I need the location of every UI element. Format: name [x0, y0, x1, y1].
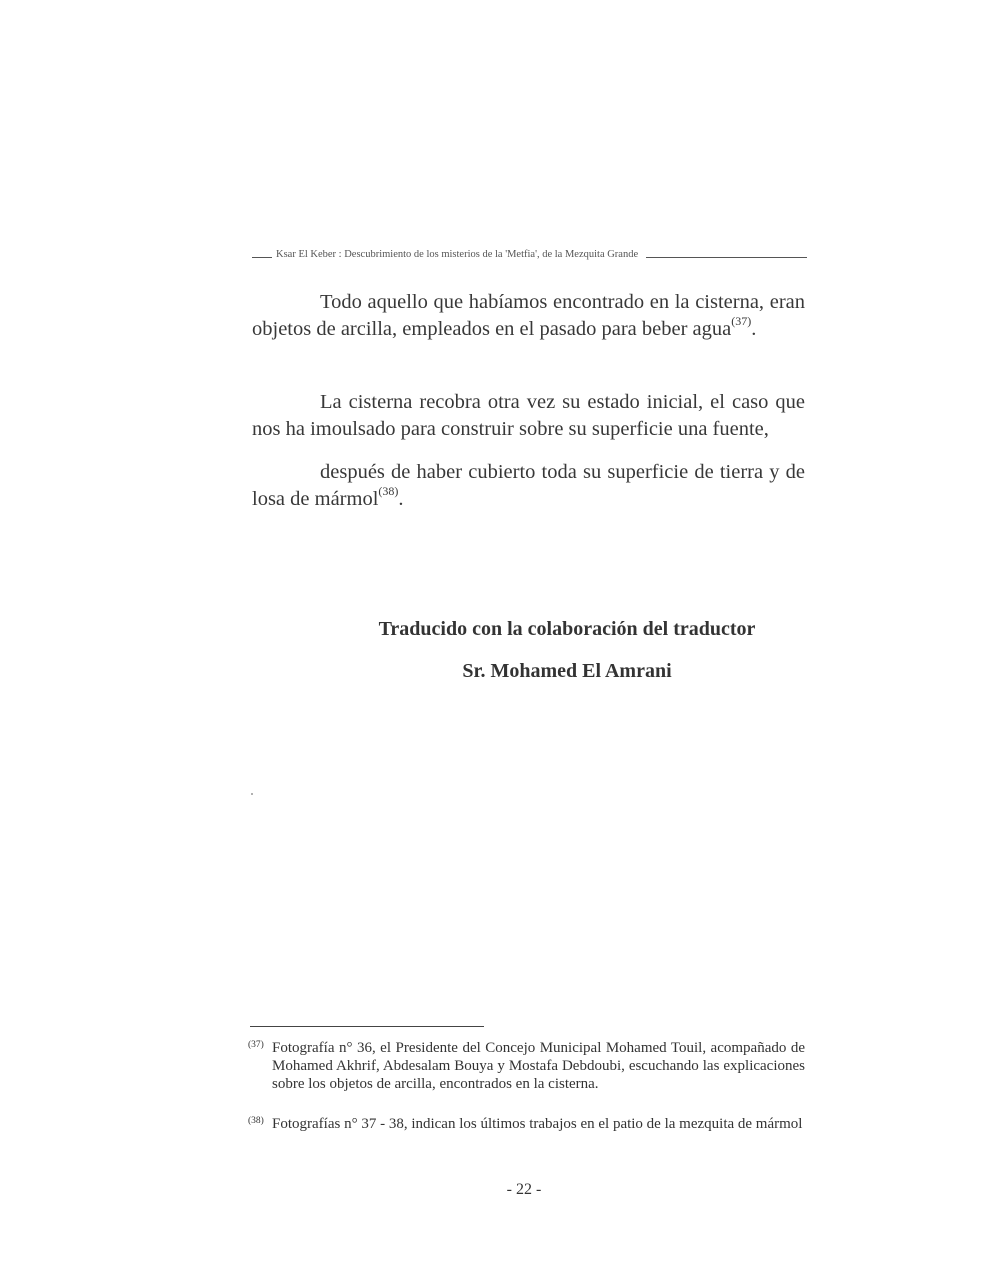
footnote-marker: (37) [248, 1036, 264, 1054]
paragraph-1: Todo aquello que habíamos encontrado en … [252, 289, 805, 343]
footnote-text: Fotografía n° 36, el Presidente del Conc… [272, 1039, 805, 1093]
footnote-text: Fotografías n° 37 - 38, indican los últi… [272, 1115, 805, 1133]
paragraph-tail: . [398, 488, 403, 510]
paragraph-tail: . [751, 318, 756, 340]
scan-speck [251, 793, 253, 795]
header-rule-left [252, 257, 272, 258]
credit-line-1: Traducido con la colaboración del traduc… [252, 618, 882, 641]
credit-translator-name: Sr. Mohamed El Amrani [252, 660, 882, 683]
footnote-ref-37[interactable]: (37) [731, 314, 751, 328]
running-header: Ksar El Keber : Descubrimiento de los mi… [252, 249, 807, 260]
footnote-37: (37) Fotografía n° 36, el Presidente del… [248, 1039, 805, 1093]
paragraph-text: La cisterna recobra otra vez su estado i… [252, 391, 805, 440]
running-title: Ksar El Keber : Descubrimiento de los mi… [276, 249, 638, 260]
paragraph-2: La cisterna recobra otra vez su estado i… [252, 389, 805, 443]
header-rule-right [646, 257, 807, 258]
paragraph-3: después de haber cubierto toda su superf… [252, 459, 805, 513]
footnote-ref-38[interactable]: (38) [378, 484, 398, 498]
page-number: - 22 - [0, 1181, 990, 1199]
footnote-38: (38) Fotografías n° 37 - 38, indican los… [248, 1115, 805, 1133]
paragraph-text: después de haber cubierto toda su superf… [252, 461, 805, 510]
footnote-separator [250, 1026, 484, 1027]
paragraph-text: Todo aquello que habíamos encontrado en … [252, 291, 805, 340]
footnote-marker: (38) [248, 1112, 264, 1130]
